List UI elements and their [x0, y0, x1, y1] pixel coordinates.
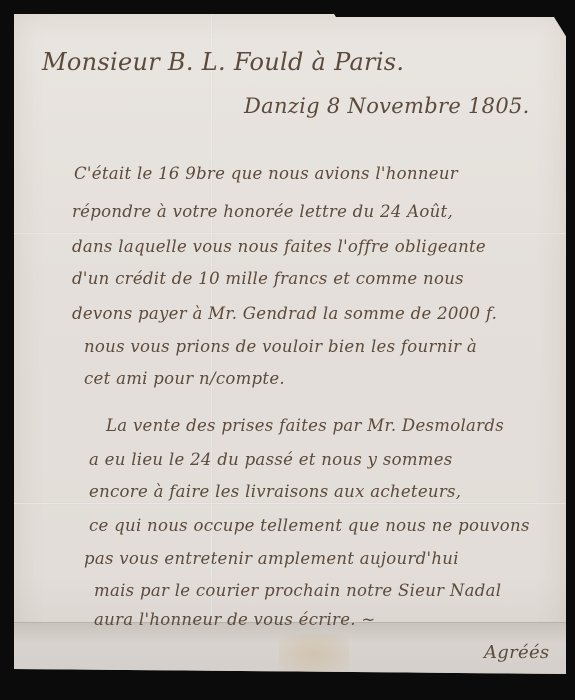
body-line: ce qui nous occupe tellement que nous ne…	[89, 516, 530, 535]
horizontal-fold-crease	[14, 502, 566, 505]
body-line: nous vous prions de vouloir bien les fou…	[84, 337, 477, 356]
body-line: a eu lieu le 24 du passé et nous y somme…	[89, 450, 453, 469]
address-line: Monsieur B. L. Fould à Paris.	[42, 48, 404, 76]
closing-signature: Agréés	[484, 642, 549, 663]
body-line: répondre à votre honorée lettre du 24 Ao…	[72, 202, 453, 221]
body-line: La vente des prises faites par Mr. Desmo…	[106, 416, 504, 435]
body-line: mais par le courier prochain notre Sieur…	[94, 581, 501, 600]
body-line: encore à faire les livraisons aux achete…	[89, 482, 461, 501]
body-line: aura l'honneur de vous écrire. ~	[94, 610, 376, 629]
body-line: cet ami pour n/compte.	[84, 369, 285, 388]
body-line: dans laquelle vous nous faites l'offre o…	[72, 237, 486, 256]
body-line: C'était le 16 9bre que nous avions l'hon…	[74, 164, 458, 183]
horizontal-fold-crease	[14, 232, 566, 235]
paper-stain	[279, 634, 349, 674]
body-line: d'un crédit de 10 mille francs et comme …	[72, 269, 464, 288]
body-line: devons payer à Mr. Gendrad la somme de 2…	[72, 304, 497, 323]
place-date: Danzig 8 Novembre 1805.	[244, 94, 530, 118]
body-line: pas vous entretenir amplement aujourd'hu…	[84, 549, 459, 568]
letter-paper: Monsieur B. L. Fould à Paris. Danzig 8 N…	[14, 14, 566, 674]
